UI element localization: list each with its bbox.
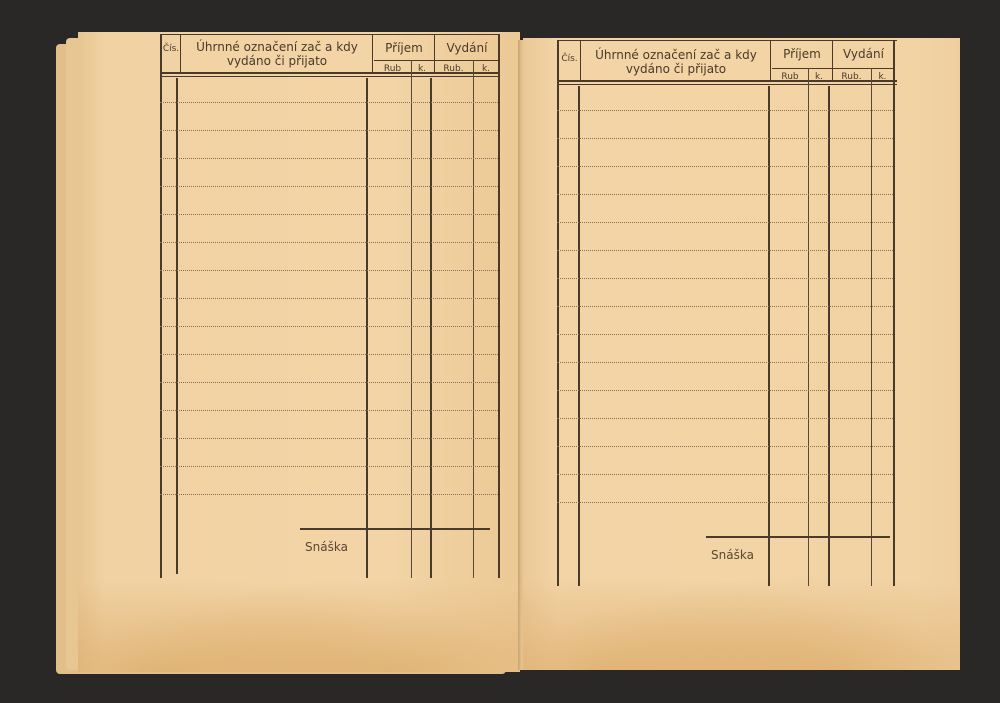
- column-header-expense-rub: Rub.: [832, 70, 871, 84]
- column-header-expense-rub: Rub.: [434, 62, 473, 76]
- column-header-income-rub: Rub: [772, 70, 808, 84]
- column-header-number: Čís.: [559, 52, 580, 66]
- column-header-expense-k: k.: [474, 62, 498, 76]
- column-header-description-line1: Úhrnné označení zač a kdy: [582, 48, 770, 62]
- column-header-expense: Vydání: [834, 47, 893, 61]
- column-header-income-rub: Rub: [374, 62, 411, 76]
- column-header-income: Příjem: [772, 47, 832, 61]
- column-header-description-line1: Úhrnné označení zač a kdy: [182, 40, 372, 54]
- column-header-description-line2: vydáno či přijato: [582, 62, 770, 76]
- subtotal-label: Snáška: [711, 548, 754, 562]
- right-page: Čís. Úhrnné označení zač a kdy vydáno či…: [523, 38, 960, 670]
- left-page: Čís. Úhrnné označení zač a kdy vydáno či…: [78, 32, 520, 672]
- column-header-income-k: k.: [412, 62, 432, 76]
- column-header-description-line2: vydáno či přijato: [182, 54, 372, 68]
- ledger-table-right: Čís. Úhrnné označení zač a kdy vydáno či…: [523, 38, 960, 670]
- column-header-income: Příjem: [374, 41, 434, 55]
- ledger-table-left: Čís. Úhrnné označení zač a kdy vydáno či…: [78, 32, 520, 672]
- column-header-number: Čís.: [162, 42, 180, 56]
- column-header-expense-k: k.: [872, 70, 893, 84]
- column-header-income-k: k.: [809, 70, 829, 84]
- column-header-expense: Vydání: [436, 41, 498, 55]
- subtotal-label: Snáška: [305, 540, 348, 554]
